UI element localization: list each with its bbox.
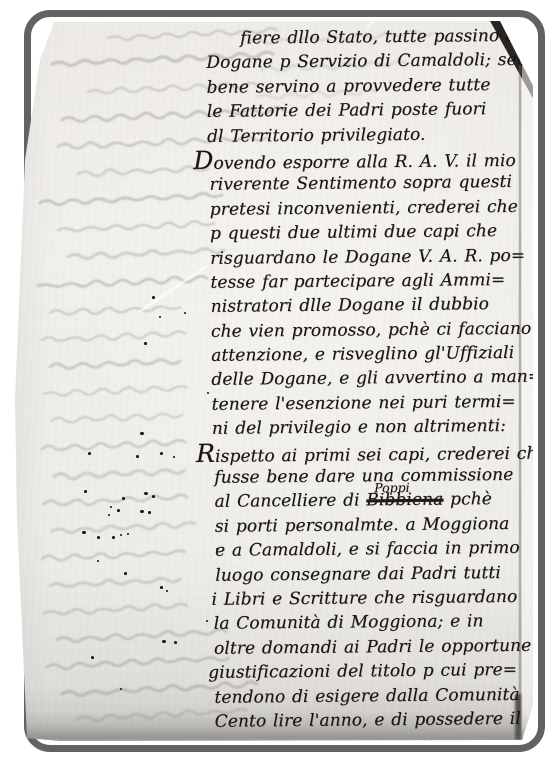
manuscript-line: risguardano le Dogane V. A. R. po= xyxy=(210,243,528,270)
bleedthrough-line xyxy=(50,360,180,369)
manuscript-text-block: fiere dllo Stato, tutte passino alleDoga… xyxy=(192,24,533,735)
manuscript-line: Cento lire l'anno, e di possedere il xyxy=(215,707,533,734)
bleedthrough-line xyxy=(50,307,180,315)
line-text: al Cancelliere di xyxy=(214,491,366,512)
bleedthrough-line xyxy=(44,495,187,505)
ink-speck xyxy=(124,572,127,575)
bleedthrough-line xyxy=(54,470,184,479)
ink-speck xyxy=(108,514,110,516)
manuscript-line: Dovendo esporre alla R. A. V. il mio xyxy=(193,146,527,174)
bleedthrough-line xyxy=(42,440,185,450)
ink-speck xyxy=(152,495,155,498)
bleedthrough-line xyxy=(52,414,182,422)
ink-speck xyxy=(159,316,161,318)
manuscript-line: bene servino a provvedere tutte xyxy=(206,73,526,100)
manuscript-line: le Fattorie dei Padri poste fuori xyxy=(207,97,527,124)
manuscript-line: si porti personalmte. a Moggiona xyxy=(215,512,531,539)
manuscript-line: fiere dllo Stato, tutte passino alle xyxy=(240,24,526,51)
ink-speck xyxy=(117,509,120,512)
ink-speck xyxy=(112,536,115,539)
manuscript-line: dl Territorio privilegiato. xyxy=(207,121,527,148)
bleedthrough-line xyxy=(78,166,208,176)
manuscript-line: Dogane p Servizio di Camaldoli; seb= xyxy=(206,48,526,75)
ink-speck xyxy=(91,656,94,659)
line-text: pchè xyxy=(443,490,492,510)
manuscript-line: ni del privilegio e non altrimenti: xyxy=(212,414,530,441)
ink-speck xyxy=(97,536,100,539)
manuscript-line: riverente Sentimento sopra questi xyxy=(209,170,527,197)
bleedthrough-line xyxy=(42,331,185,340)
ink-speck xyxy=(148,511,151,514)
manuscript-line: giustificazioni del titolo p cui pre= xyxy=(208,658,532,685)
bleedthrough-line xyxy=(44,604,187,614)
manuscript-line: i Libri e Scritture che risguardano xyxy=(211,585,531,612)
manuscript-line: tenere l'esenzione nei puri termi= xyxy=(212,390,530,417)
ink-speck xyxy=(110,506,112,508)
ink-speck xyxy=(120,688,122,690)
ink-speck xyxy=(160,452,163,455)
manuscript-line: Rispetto ai primi sei capi, crederei che xyxy=(196,438,530,466)
ink-speck xyxy=(122,497,125,500)
ink-speck xyxy=(174,641,177,644)
ink-speck xyxy=(120,534,122,536)
manuscript-line: nistratori dlle Dogane il dubbio xyxy=(211,292,529,319)
ink-speck xyxy=(84,490,87,493)
scanned-document-view: fiere dllo Stato, tutte passino alleDoga… xyxy=(0,0,554,760)
manuscript-line: al Cancelliere di PoppiBibbiena pchè xyxy=(214,487,530,514)
bleedthrough-line xyxy=(42,551,185,561)
manuscript-line: oltre domandi ai Padri le opportune xyxy=(214,634,532,661)
bleedthrough-line xyxy=(44,386,187,395)
bleedthrough-line xyxy=(58,221,214,231)
correction: PoppiBibbiena xyxy=(366,490,443,511)
manuscript-line: la Comunità di Moggiona; e in xyxy=(214,609,532,636)
manuscript-line: p questi due ultimi due capi che xyxy=(210,219,528,246)
ink-speck xyxy=(97,560,99,562)
manuscript-line: che vien promosso, pchè ci facciano xyxy=(211,316,529,343)
ink-speck xyxy=(173,456,175,458)
ink-speck xyxy=(136,455,139,458)
manuscript-line: e a Camaldoli, e si faccia in primo xyxy=(215,536,531,563)
manuscript-line: delle Dogane, e gli avvertino a man= xyxy=(211,365,529,392)
manuscript-line: pretesi inconvenienti, crederei che xyxy=(210,195,528,222)
ink-speck xyxy=(184,312,186,314)
manuscript-line: luogo consegnare dai Padri tutti xyxy=(215,560,531,587)
ink-speck xyxy=(166,590,168,592)
manuscript-line: tendono di esigere dalla Comunità xyxy=(214,682,532,709)
ink-speck xyxy=(152,296,155,299)
ink-speck xyxy=(144,342,147,345)
ink-speck xyxy=(88,452,91,455)
ink-speck xyxy=(160,586,163,589)
paper: fiere dllo Stato, tutte passino alleDoga… xyxy=(0,0,554,760)
manuscript-line: tesse far partecipare agli Ammi= xyxy=(210,268,528,295)
inserted-word: Poppi xyxy=(374,476,410,501)
manuscript-line: attenzione, e risveglino gl'Uffiziali xyxy=(211,341,529,368)
ink-speck xyxy=(127,533,129,535)
manuscript-line: fusse bene dare una commissione xyxy=(214,463,530,490)
bleedthrough-line xyxy=(52,523,195,533)
